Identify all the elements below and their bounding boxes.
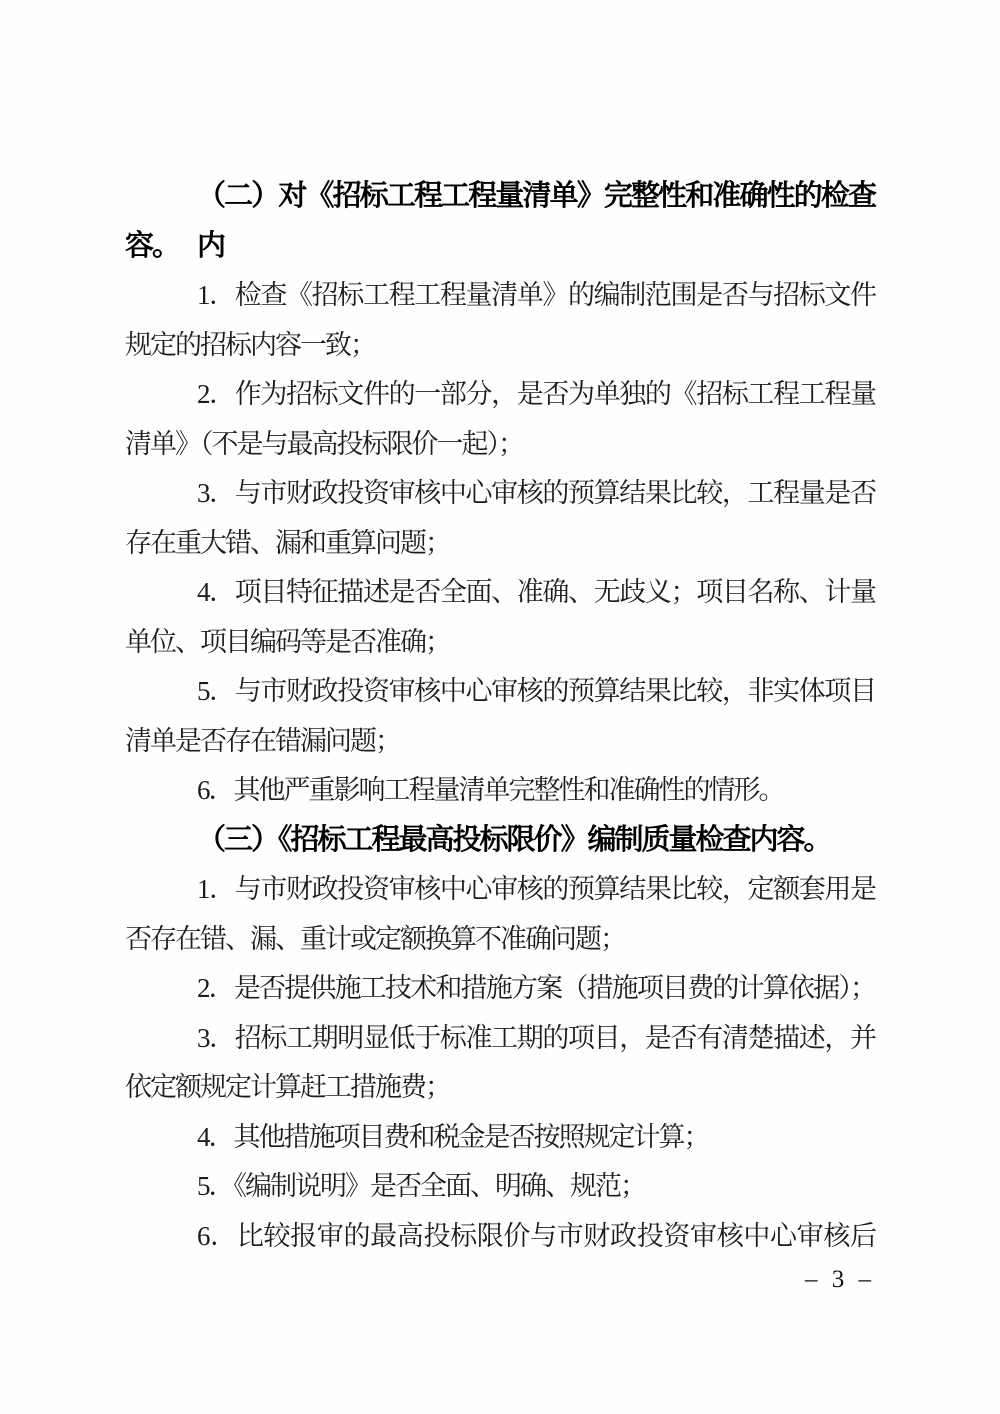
text-line: 3．与市财政投资审核中心审核的预算结果比较，工程量是否 xyxy=(125,469,875,519)
page-number: – 3 – xyxy=(805,1266,875,1294)
text-line: 4．其他措施项目费和税金是否按照规定计算； xyxy=(125,1113,875,1163)
text-line: 依定额规定计算赶工措施费； xyxy=(125,1063,875,1113)
paragraph: 3．与市财政投资审核中心审核的预算结果比较，工程量是否存在重大错、漏和重算问题； xyxy=(125,469,875,568)
text-line: 容。 xyxy=(125,222,875,272)
document-body: （二）对《招标工程工程量清单》完整性和准确性的检查内容。1．检查《招标工程工程量… xyxy=(125,172,875,1261)
text-line: 1．检查《招标工程工程量清单》的编制范围是否与招标文件 xyxy=(125,271,875,321)
paragraph: 3．招标工期明显低于标准工期的项目，是否有清楚描述，并依定额规定计算赶工措施费； xyxy=(125,1014,875,1113)
text-line: 否存在错、漏、重计或定额换算不准确问题； xyxy=(125,915,875,965)
paragraph: 1．与市财政投资审核中心审核的预算结果比较，定额套用是否存在错、漏、重计或定额换… xyxy=(125,865,875,964)
text-line: 6．比较报审的最高投标限价与市财政投资审核中心审核后 xyxy=(125,1212,875,1262)
text-line: 5．《编制说明》是否全面、明确、规范； xyxy=(125,1162,875,1212)
text-line: 存在重大错、漏和重算问题； xyxy=(125,519,875,569)
text-line: 3．招标工期明显低于标准工期的项目，是否有清楚描述，并 xyxy=(125,1014,875,1064)
text-line: 2．是否提供施工技术和措施方案（措施项目费的计算依据）； xyxy=(125,964,875,1014)
paragraph: 4．项目特征描述是否全面、准确、无歧义；项目名称、计量单位、项目编码等是否准确； xyxy=(125,568,875,667)
section-heading: （二）对《招标工程工程量清单》完整性和准确性的检查内容。 xyxy=(125,172,875,271)
text-line: 规定的招标内容一致； xyxy=(125,321,875,371)
text-line: （二）对《招标工程工程量清单》完整性和准确性的检查内 xyxy=(125,172,875,222)
paragraph: 2．作为招标文件的一部分，是否为单独的《招标工程工程量清单》（不是与最高投标限价… xyxy=(125,370,875,469)
text-line: 6．其他严重影响工程量清单完整性和准确性的情形。 xyxy=(125,766,875,816)
paragraph: 6．其他严重影响工程量清单完整性和准确性的情形。 xyxy=(125,766,875,816)
text-line: 单位、项目编码等是否准确； xyxy=(125,618,875,668)
paragraph: 1．检查《招标工程工程量清单》的编制范围是否与招标文件规定的招标内容一致； xyxy=(125,271,875,370)
text-line: 2．作为招标文件的一部分，是否为单独的《招标工程工程量 xyxy=(125,370,875,420)
section-heading: （三）《招标工程最高投标限价》编制质量检查内容。 xyxy=(125,816,875,866)
text-line: 清单》（不是与最高投标限价一起）； xyxy=(125,420,875,470)
paragraph: 6．比较报审的最高投标限价与市财政投资审核中心审核后 xyxy=(125,1212,875,1262)
paragraph: 5．《编制说明》是否全面、明确、规范； xyxy=(125,1162,875,1212)
text-line: 清单是否存在错漏问题； xyxy=(125,717,875,767)
text-line: 5．与市财政投资审核中心审核的预算结果比较，非实体项目 xyxy=(125,667,875,717)
paragraph: 4．其他措施项目费和税金是否按照规定计算； xyxy=(125,1113,875,1163)
text-line: 1．与市财政投资审核中心审核的预算结果比较，定额套用是 xyxy=(125,865,875,915)
document-page: （二）对《招标工程工程量清单》完整性和准确性的检查内容。1．检查《招标工程工程量… xyxy=(0,0,1000,1414)
text-line: （三）《招标工程最高投标限价》编制质量检查内容。 xyxy=(125,816,875,866)
paragraph: 2．是否提供施工技术和措施方案（措施项目费的计算依据）； xyxy=(125,964,875,1014)
paragraph: 5．与市财政投资审核中心审核的预算结果比较，非实体项目清单是否存在错漏问题； xyxy=(125,667,875,766)
text-line: 4．项目特征描述是否全面、准确、无歧义；项目名称、计量 xyxy=(125,568,875,618)
